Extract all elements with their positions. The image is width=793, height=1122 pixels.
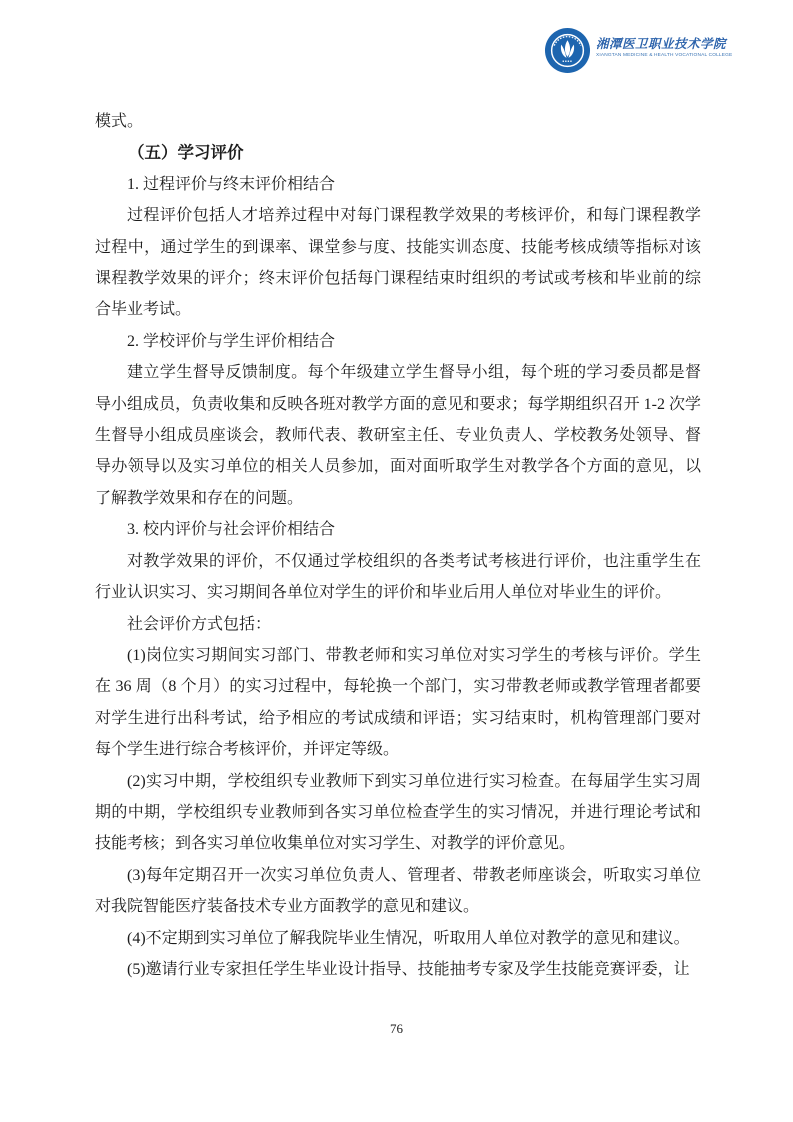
paragraph: (2)实习中期，学校组织专业教师下到实习单位进行实习检查。在每届学生实习周期的中… xyxy=(95,766,701,860)
document-body: 模式。（五）学习评价1. 过程评价与终末评价相结合过程评价包括人才培养过程中对每… xyxy=(95,106,701,985)
paragraph: (4)不定期到实习单位了解我院毕业生情况，听取用人单位对教学的意见和建议。 xyxy=(95,923,701,954)
paragraph: (1)岗位实习期间实习部门、带教老师和实习单位对实习学生的考核与评价。学生在 3… xyxy=(95,640,701,766)
document-page: 湘潭医卫职业技术学院 XIANGTAN MEDICINE & HEALTH VO… xyxy=(0,0,793,1122)
paragraph: (3)每年定期召开一次实习单位负责人、管理者、带教老师座谈会，听取实习单位对我院… xyxy=(95,860,701,923)
page-footer: 76 xyxy=(0,1021,793,1037)
sub-heading: 1. 过程评价与终末评价相结合 xyxy=(95,169,701,200)
sub-heading: 3. 校内评价与社会评价相结合 xyxy=(95,514,701,545)
page-number: 76 xyxy=(390,1021,403,1036)
paragraph: 社会评价方式包括： xyxy=(95,609,701,640)
sub-heading: 2. 学校评价与学生评价相结合 xyxy=(95,326,701,357)
paragraph: 对教学效果的评价，不仅通过学校组织的各类考试考核进行评价，也注重学生在行业认识实… xyxy=(95,546,701,609)
paragraph: 建立学生督导反馈制度。每个年级建立学生督导小组，每个班的学习委员都是督导小组成员… xyxy=(95,357,701,514)
paragraph: 过程评价包括人才培养过程中对每门课程教学效果的考核评价，和每门课程教学过程中，通… xyxy=(95,200,701,326)
college-logo-text: 湘潭医卫职业技术学院 XIANGTAN MEDICINE & HEALTH VO… xyxy=(596,27,766,59)
college-name-zh: 湘潭医卫职业技术学院 xyxy=(596,34,766,52)
paragraph: (5)邀请行业专家担任学生毕业设计指导、技能抽考专家及学生技能竞赛评委，让 xyxy=(95,954,701,985)
college-logo-icon xyxy=(544,27,591,74)
section-heading: （五）学习评价 xyxy=(95,137,701,168)
college-name-en: XIANGTAN MEDICINE & HEALTH VOCATIONAL CO… xyxy=(596,53,732,58)
paragraph-continuation: 模式。 xyxy=(95,106,701,137)
page-header: 湘潭医卫职业技术学院 XIANGTAN MEDICINE & HEALTH VO… xyxy=(544,27,766,74)
